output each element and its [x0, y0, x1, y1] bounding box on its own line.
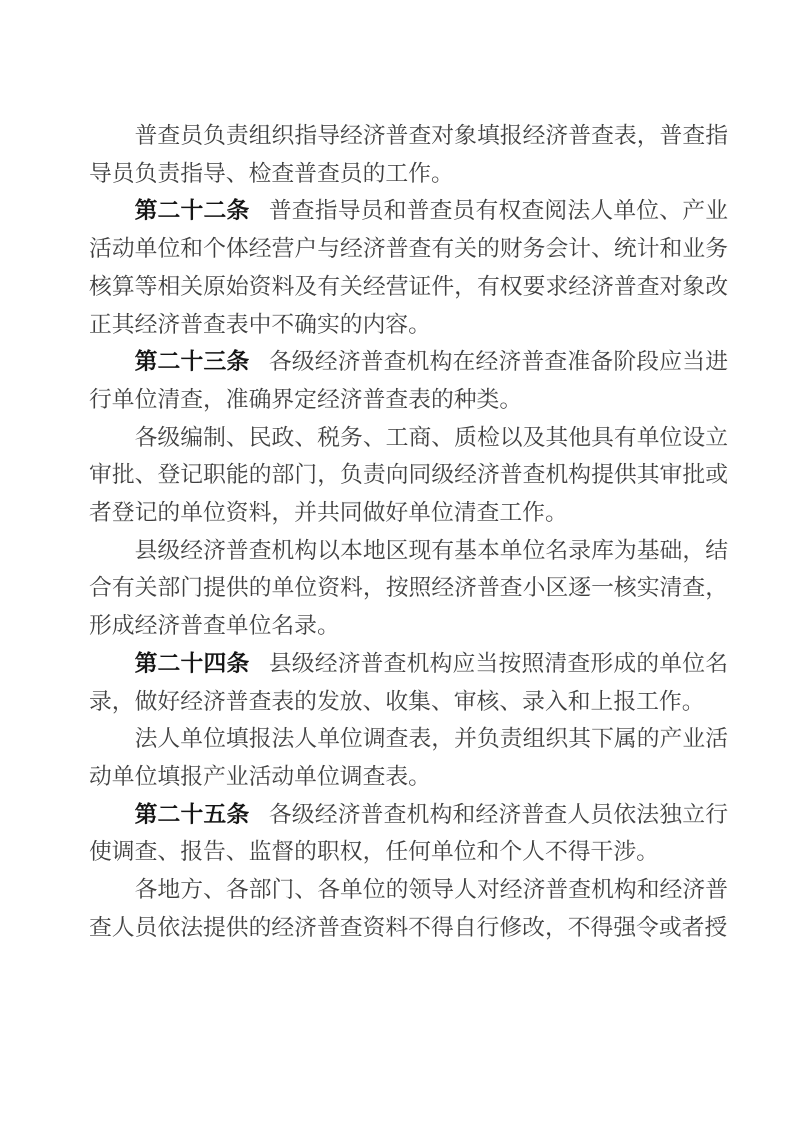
paragraph-registration-departments: 各级编制、民政、税务、工商、质检以及其他具有单位设立审批、登记职能的部门，负责向…: [89, 419, 728, 532]
paragraph-text: 法人单位填报法人单位调查表，并负责组织其下属的产业活动单位填报产业活动单位调查表…: [89, 726, 728, 789]
paragraph-article-24: 第二十四条县级经济普查机构应当按照清查形成的单位名录，做好经济普查表的发放、收集…: [89, 645, 728, 720]
document-page: 普查员负责组织指导经济普查对象填报经济普查表，普查指导员负责指导、检查普查员的工…: [0, 0, 793, 1122]
paragraph-census-taker-duties: 普查员负责组织指导经济普查对象填报经济普查表，普查指导员负责指导、检查普查员的工…: [89, 117, 728, 192]
paragraph-county-census-directory: 县级经济普查机构以本地区现有基本单位名录库为基础，结合有关部门提供的单位资料，按…: [89, 532, 728, 645]
paragraph-article-22: 第二十二条普查指导员和普查员有权查阅法人单位、产业活动单位和个体经营户与经济普查…: [89, 192, 728, 343]
paragraph-legal-person-forms: 法人单位填报法人单位调查表，并负责组织其下属的产业活动单位填报产业活动单位调查表…: [89, 720, 728, 795]
paragraph-no-interference: 各地方、各部门、各单位的领导人对经济普查机构和经济普查人员依法提供的经济普查资料…: [89, 871, 728, 946]
paragraph-article-23: 第二十三条各级经济普查机构在经济普查准备阶段应当进行单位清查，准确界定经济普查表…: [89, 343, 728, 418]
document-text-block: 普查员负责组织指导经济普查对象填报经济普查表，普查指导员负责指导、检查普查员的工…: [89, 117, 728, 946]
article-23-number: 第二十三条: [135, 349, 250, 374]
paragraph-text: 普查员负责组织指导经济普查对象填报经济普查表，普查指导员负责指导、检查普查员的工…: [89, 123, 728, 186]
paragraph-text: 各级编制、民政、税务、工商、质检以及其他具有单位设立审批、登记职能的部门，负责向…: [89, 425, 728, 525]
paragraph-text: 各地方、各部门、各单位的领导人对经济普查机构和经济普查人员依法提供的经济普查资料…: [89, 877, 728, 940]
paragraph-text: 县级经济普查机构以本地区现有基本单位名录库为基础，结合有关部门提供的单位资料，按…: [89, 538, 728, 638]
article-22-number: 第二十二条: [135, 198, 250, 223]
paragraph-article-25: 第二十五条各级经济普查机构和经济普查人员依法独立行使调查、报告、监督的职权，任何…: [89, 796, 728, 871]
article-25-number: 第二十五条: [135, 802, 250, 827]
article-24-number: 第二十四条: [135, 651, 250, 676]
